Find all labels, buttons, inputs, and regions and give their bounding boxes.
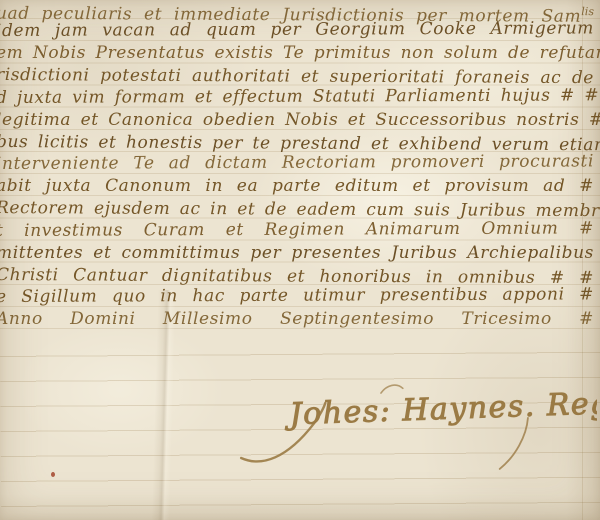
manuscript-line-12: mittentes et committimus per presentes J… bbox=[0, 242, 594, 264]
ink-speck bbox=[51, 472, 55, 477]
manuscript-line-2: idem jam vacan ad quam per Georgium Cook… bbox=[0, 17, 594, 42]
manuscript-page: uad peculiaris et immediate Jurisdiction… bbox=[0, 0, 600, 520]
signature-text-group: Johes: Haynes. Regius: bbox=[283, 385, 597, 433]
manuscript-line-8: interveniente Te ad dictam Rectoriam pro… bbox=[0, 150, 594, 175]
manuscript-line-14: e Sigillum quo in hac parte utimur prese… bbox=[0, 283, 594, 308]
manuscript-line-5: d juxta vim formam et effectum Statuti P… bbox=[0, 84, 594, 109]
manuscript-line-9: abit juxta Canonum in ea parte editum et… bbox=[0, 175, 594, 197]
signature-h-flourish bbox=[381, 385, 403, 393]
signature: Johes: Haynes. Regius: bbox=[232, 362, 597, 487]
manuscript-line-1-superscript: lis bbox=[581, 5, 594, 18]
signature-name: Johes: Haynes. Reg bbox=[283, 386, 597, 432]
signature-flourish: Johes: Haynes. Regius: bbox=[232, 362, 597, 487]
manuscript-line-11: t investimus Curam et Regimen Animarum O… bbox=[0, 217, 594, 242]
manuscript-line-3: em Nobis Presentatus existis Te primitus… bbox=[0, 42, 594, 64]
manuscript-line-15: Anno Domini Millesimo Septingentesimo Tr… bbox=[0, 308, 594, 330]
manuscript-line-6: legitima et Canonica obedien Nobis et Su… bbox=[0, 109, 594, 131]
signature-descender-swash bbox=[498, 418, 530, 469]
